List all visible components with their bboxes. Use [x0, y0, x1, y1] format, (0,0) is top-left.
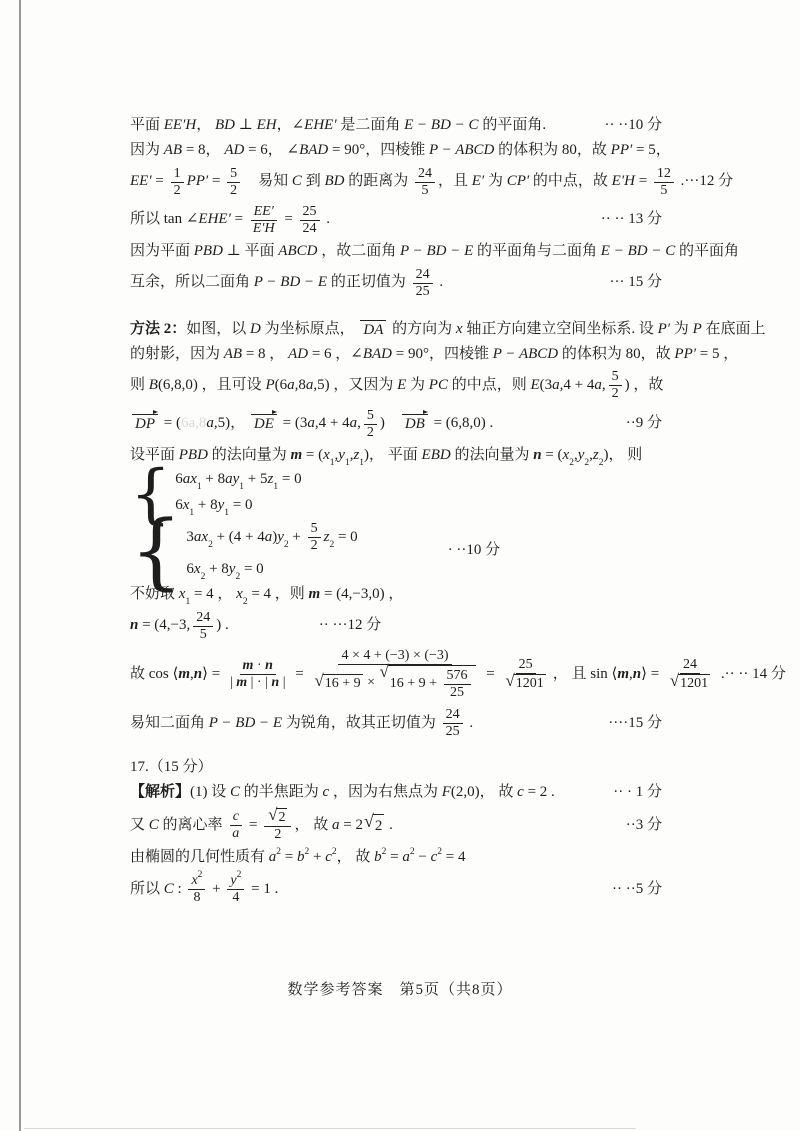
- math-variable: x2: [191, 873, 202, 889]
- math-text: 到: [302, 171, 325, 193]
- fraction-numerator: c: [230, 809, 242, 826]
- math-variable: EE′H: [164, 115, 196, 137]
- math-text: 25: [450, 685, 464, 701]
- sol16-system-1: {6ax1 + 8ay1 + 5z1 = 06x1 + 8y1 = 0: [130, 469, 662, 517]
- fraction-numerator: 4 × 4 + (−3) × (−3): [338, 648, 451, 665]
- math-text: ⟩ =: [202, 664, 224, 686]
- math-text: + 8: [205, 559, 228, 581]
- math-variable: a: [350, 413, 358, 435]
- math-text: = 6 ，∠: [308, 344, 363, 366]
- math-text: 的方向为: [388, 319, 456, 341]
- math-text: +: [289, 527, 305, 549]
- math-text: = 2: [340, 815, 363, 837]
- math-variable: ABCD: [278, 241, 317, 263]
- math-variable: z1: [268, 469, 279, 491]
- math-text: 5: [612, 369, 619, 385]
- math-variable: E − BD − C: [601, 241, 675, 263]
- math-text: ⊥ 平面: [223, 241, 278, 263]
- fraction-denominator: E′H: [250, 221, 278, 237]
- math-fraction: 52: [609, 369, 622, 402]
- math-text: =: [281, 209, 297, 231]
- math-fraction: 57625: [444, 668, 471, 701]
- math-vector-name: n: [194, 664, 202, 686]
- math-text: 是二面角: [337, 115, 405, 137]
- score-marker: ·· ·· 14 分: [725, 664, 786, 686]
- math-variable: BAD: [363, 344, 392, 366]
- math-fraction: 125: [654, 166, 674, 199]
- line-body: 所以 tan ∠EHE′ = EE′E′H = 2524 .: [130, 203, 330, 238]
- line-body: 则 B(6,8,0) ，且可设 P(6a,8a,5) ，又因为 E 为 PC 的…: [130, 368, 663, 403]
- math-variable: PC: [429, 375, 448, 397]
- sol16-choose-values: 不妨取 x1 = 4 ， x2 = 4 ，则 m = (4,−3,0) ，: [130, 584, 662, 606]
- math-fraction: x28: [188, 873, 205, 906]
- math-text: +: [208, 879, 224, 901]
- math-variable: P − BD − E: [209, 713, 282, 735]
- subscript: 1: [189, 508, 194, 518]
- math-text: = 8 ，: [242, 344, 288, 366]
- sol17-ellipse-equation: 所以 C : x28 + y24 = 1 .·· ··5 分: [130, 872, 662, 907]
- score-marker: ····15 分: [608, 713, 662, 735]
- math-variable: a: [552, 375, 560, 397]
- math-variable: P − BD − E: [254, 272, 327, 294]
- radicand: 16 + 9 + 57625: [388, 665, 476, 702]
- math-text: = (: [302, 445, 323, 467]
- superscript: 2: [198, 870, 203, 880]
- math-text: 又: [130, 815, 149, 837]
- math-variable: C: [230, 782, 240, 804]
- math-variable: PBD: [194, 241, 223, 263]
- sol17-eccentricity: 又 C 的离心率 ca = √22， 故 a = 2√2 .··3 分: [130, 807, 662, 845]
- math-text: 的法向量为: [208, 445, 291, 467]
- subscript: 2: [599, 458, 604, 468]
- math-text: 为锐角，故其正切值为: [282, 713, 440, 735]
- math-text: 的中点，则: [448, 375, 531, 397]
- math-text: 故 cos ⟨: [130, 664, 178, 686]
- math-fraction: 25√1201: [502, 657, 550, 693]
- radical-sign: √: [380, 663, 389, 681]
- math-text: 4: [232, 890, 239, 906]
- math-text: = 6， ∠: [244, 140, 299, 162]
- math-text: .: [466, 713, 474, 735]
- line-body: 方法 2：如图，以 D 为坐标原点， DA 的方向为 x 轴正方向建立空间坐标系…: [130, 319, 766, 341]
- math-text: = 4: [442, 847, 465, 869]
- radicand: 1201: [514, 674, 546, 692]
- fraction-denominator: a: [229, 826, 242, 842]
- sol16-system-2: {3ax2 + (4 + 4a)y2 + 52z2 = 06x2 + 8y2 =…: [130, 520, 662, 581]
- score-marker: ·· ··5 分: [612, 879, 662, 901]
- sol16-normal-vectors: 设平面 PBD 的法向量为 m = (x1,y1,z1)， 平面 EBD 的法向…: [130, 445, 662, 467]
- math-variable: b2: [297, 847, 309, 869]
- math-text: 17.（15 分）: [130, 757, 213, 779]
- math-fraction: ca: [229, 809, 242, 842]
- math-text: 的距离为: [344, 171, 412, 193]
- math-text: = 5，: [632, 140, 670, 162]
- system-row: 6x1 + 8y1 = 0: [175, 495, 252, 517]
- math-variable: E′: [472, 171, 484, 193]
- math-text: 的中点，故: [529, 171, 612, 193]
- radical-sign: √: [315, 672, 324, 690]
- math-variable: PP′: [611, 140, 633, 162]
- math-text: .: [385, 815, 393, 837]
- math-text-strong: 方法 2：: [130, 319, 186, 341]
- math-text: 16 + 9 +: [390, 676, 441, 692]
- line-body: 的射影，因为 AB = 8 ， AD = 6 ，∠BAD = 90°，四棱锥 P…: [130, 344, 738, 366]
- math-variable: BD: [324, 171, 344, 193]
- math-text: + 8: [202, 469, 225, 491]
- math-text: = 0: [229, 495, 252, 517]
- math-text: 如图，以: [186, 319, 250, 341]
- line-body: 由椭圆的几何性质有 a2 = b2 + c2， 故 b2 = a2 − c2 =…: [130, 847, 465, 869]
- math-vector-name: m: [178, 664, 190, 686]
- fraction-denominator: 4: [229, 890, 242, 906]
- superscript: 2: [332, 847, 337, 857]
- math-text: 则: [130, 375, 149, 397]
- math-variable: AB: [224, 344, 242, 366]
- math-text: 2: [174, 183, 181, 199]
- math-variable: a2: [402, 847, 414, 869]
- math-text: 为: [484, 171, 507, 193]
- line-body: 平面 EE′H， BD ⊥ EH，∠EHE′ 是二面角 E − BD − C 的…: [130, 115, 546, 137]
- math-variable: EHE′: [198, 209, 230, 231]
- subscript: 1: [185, 597, 190, 607]
- line-body: 【解析】(1) 设 C 的半焦距为 c ，因为右焦点为 F(2,0)， 故 c …: [130, 782, 555, 804]
- radical-sign: √: [506, 672, 515, 690]
- math-variable: c: [323, 782, 330, 804]
- fraction-numerator: 5: [227, 166, 240, 183]
- math-variable: x2: [201, 527, 212, 549]
- line-body: 因为 AB = 8， AD = 6， ∠BAD = 90°，四棱锥 P − AB…: [130, 140, 671, 162]
- math-variable: c: [517, 782, 524, 804]
- sol16-n-vector: n = (4,−3,245) .·· ···12 分: [130, 609, 662, 644]
- fraction-numerator: 24: [413, 267, 433, 284]
- math-variable: E′H: [253, 221, 275, 237]
- line-body: 故 cos ⟨m,n⟩ = m · n| m | · | n | = 4 × 4…: [130, 647, 725, 703]
- math-text-strong: 【解析】: [130, 782, 190, 804]
- line-body: 易知二面角 P − BD − E 为锐角，故其正切值为 2425 .: [130, 706, 473, 741]
- math-text: 轴正方向建立空间坐标系. 设: [463, 319, 658, 341]
- fraction-denominator: 2: [271, 827, 284, 843]
- subscript: 2: [243, 597, 248, 607]
- math-variable: BAD: [299, 140, 328, 162]
- math-radical: √2: [364, 814, 384, 838]
- math-text: 易知二面角: [130, 713, 209, 735]
- superscript: 2: [237, 870, 242, 880]
- math-vector-arrow: DB: [402, 414, 428, 433]
- math-variable: z2: [593, 445, 604, 467]
- fraction-numerator: 5: [364, 408, 377, 425]
- radicand: 2: [276, 808, 287, 826]
- math-text: ,8: [295, 375, 306, 397]
- math-fraction: 2425: [413, 267, 433, 300]
- math-text: = 1 .: [247, 879, 278, 901]
- math-vector-arrow: DP: [132, 414, 158, 433]
- system-rows: 3ax2 + (4 + 4a)y2 + 52z2 = 06x2 + 8y2 = …: [186, 520, 357, 581]
- math-text: =: [292, 664, 308, 686]
- math-text: 6: [175, 469, 183, 491]
- math-text: (3: [540, 375, 553, 397]
- math-variable: B: [149, 375, 158, 397]
- math-text: 24: [446, 707, 460, 723]
- math-variable: a: [287, 375, 295, 397]
- score-marker: ··· 15 分: [610, 272, 663, 294]
- math-text: ) ，故: [625, 375, 664, 397]
- math-text: 在底面上: [702, 319, 766, 341]
- sol17-focal-distance: 【解析】(1) 设 C 的半焦距为 c ，因为右焦点为 F(2,0)， 故 c …: [130, 782, 662, 804]
- math-text: =: [281, 847, 297, 869]
- math-text: 所以 tan ∠: [130, 209, 198, 231]
- system-row: 3ax2 + (4 + 4a)y2 + 52z2 = 0: [186, 520, 357, 555]
- math-variable: EE′: [254, 204, 274, 220]
- math-text: 8: [193, 890, 200, 906]
- math-variable: c: [233, 809, 239, 825]
- radicand: 2: [373, 814, 385, 838]
- line-body: EE′ = 12PP′ = 52 易知 C 到 BD 的距离为 245，且 E′…: [130, 165, 684, 200]
- math-variable: EHE′: [304, 115, 336, 137]
- score-marker: ·· ···12 分: [319, 615, 381, 637]
- superscript: 2: [437, 847, 442, 857]
- math-text: = (: [542, 445, 563, 467]
- math-text: )， 平面: [364, 445, 422, 467]
- math-radical: √16 + 9 + 57625: [380, 665, 476, 702]
- math-text: =: [152, 171, 168, 193]
- math-text: 的体积为 80，故: [494, 140, 610, 162]
- math-variable: a: [594, 375, 602, 397]
- math-fraction: 245: [193, 610, 213, 643]
- math-text: 由椭圆的几何性质有: [130, 847, 269, 869]
- math-text: 24: [196, 610, 210, 626]
- math-text: ,4 + 4: [315, 413, 350, 435]
- score-marker: ·· ·· 13 分: [601, 209, 662, 231]
- sol16-method2-setup: 方法 2：如图，以 D 为坐标原点， DA 的方向为 x 轴正方向建立空间坐标系…: [130, 319, 662, 341]
- math-text: 2: [612, 386, 619, 402]
- math-variable: C: [292, 171, 302, 193]
- line-body: 17.（15 分）: [130, 757, 213, 779]
- math-text: 因为: [130, 140, 164, 162]
- math-variable: AD: [288, 344, 308, 366]
- math-text: 2: [311, 538, 318, 554]
- math-fraction: 2425: [443, 707, 463, 740]
- math-text: ， 故: [294, 815, 332, 837]
- math-text: = 90°，四棱锥: [392, 344, 493, 366]
- math-variable: x1: [323, 445, 334, 467]
- math-variable: AB: [164, 140, 182, 162]
- math-variable: b2: [374, 847, 386, 869]
- math-text: = 4 ，: [190, 584, 236, 606]
- math-fraction: 52: [308, 521, 321, 554]
- solution-content: 平面 EE′H， BD ⊥ EH，∠EHE′ 是二面角 E − BD − C 的…: [130, 112, 662, 910]
- math-text: 的离心率: [159, 815, 227, 837]
- fraction-numerator: m · n: [240, 658, 276, 675]
- math-fraction: 24√1201: [666, 657, 714, 693]
- math-text: 576: [447, 668, 468, 684]
- math-text: ) .: [216, 615, 229, 637]
- math-text: |: [279, 675, 285, 691]
- sol16-answer-tangent: 互余，所以二面角 P − BD − E 的正切值为 2425 .··· 15 分: [130, 266, 662, 301]
- math-text: = 0: [334, 527, 357, 549]
- math-text: ,: [602, 375, 606, 397]
- math-vector-name: n: [271, 675, 279, 691]
- score-marker: · ··10 分: [448, 540, 501, 562]
- math-variable: a: [265, 527, 273, 549]
- math-text: )， 则: [603, 445, 642, 467]
- math-variable: y1: [338, 445, 349, 467]
- fraction-denominator: 25: [443, 724, 463, 740]
- math-text: ，: [196, 115, 215, 137]
- fraction-denominator: 2: [171, 183, 184, 199]
- math-text: (2,0)， 故: [451, 782, 517, 804]
- math-variable: x2: [194, 559, 205, 581]
- math-vector-name: m: [236, 675, 247, 691]
- math-variable: CP′: [507, 171, 529, 193]
- fraction-denominator: 2: [227, 183, 240, 199]
- fraction-denominator: 5: [197, 627, 210, 643]
- math-fraction: EE′E′H: [250, 204, 278, 237]
- math-text: 25: [446, 724, 460, 740]
- math-text: ⟩ =: [641, 664, 663, 686]
- radical-sign: √: [268, 806, 277, 824]
- math-text: 5: [421, 183, 428, 199]
- fraction-denominator: 8: [190, 890, 203, 906]
- line-body: 因为平面 PBD ⊥ 平面 ABCD ，故二面角 P − BD − E 的平面角…: [130, 241, 739, 263]
- math-variable: y2: [229, 559, 240, 581]
- math-text: = 4 ，则: [248, 584, 309, 606]
- math-text: ×: [364, 675, 379, 691]
- subscript: 2: [584, 458, 589, 468]
- math-text: 25: [416, 284, 430, 300]
- math-variable: x1: [190, 469, 201, 491]
- math-text: 5: [367, 408, 374, 424]
- math-vector-arrow: DE: [251, 414, 277, 433]
- fraction-denominator: 5: [418, 183, 431, 199]
- math-text: 2: [230, 183, 237, 199]
- math-text: 的射影，因为: [130, 344, 224, 366]
- math-text: =: [386, 847, 402, 869]
- fraction-denominator: √16 + 9 × √16 + 9 + 57625: [311, 665, 480, 702]
- math-variable: a: [225, 469, 233, 491]
- math-variable: y2: [277, 527, 288, 549]
- fraction-denominator: 2: [308, 538, 321, 554]
- answer-sheet-page: 平面 EE′H， BD ⊥ EH，∠EHE′ 是二面角 E − BD − C 的…: [0, 0, 800, 1131]
- math-text: .: [677, 171, 685, 193]
- math-text: 6: [186, 559, 194, 581]
- math-vector-name: n: [533, 445, 541, 467]
- fraction-numerator: 1: [171, 166, 184, 183]
- math-text: ， 故: [337, 847, 375, 869]
- math-text: ,4 + 4: [560, 375, 595, 397]
- math-text: = (6,8,0) .: [430, 413, 493, 435]
- math-text: 25: [519, 657, 533, 673]
- math-variable: PP′: [674, 344, 696, 366]
- math-variable: PBD: [179, 445, 208, 467]
- math-text: = 90°，四棱锥: [328, 140, 429, 162]
- math-radical: √2: [268, 808, 287, 826]
- math-text: .: [323, 209, 331, 231]
- fraction-numerator: 576: [444, 668, 471, 685]
- subscript: 1: [239, 482, 244, 492]
- math-text: 的正切值为: [327, 272, 410, 294]
- math-text: 12: [657, 166, 671, 182]
- line-body: {3ax2 + (4 + 4a)y2 + 52z2 = 06x2 + 8y2 =…: [130, 520, 358, 581]
- line-body: DP = (6a,8a,5)， DE = (3a,4 + 4a,52) DB =…: [130, 407, 493, 442]
- math-variable: D: [250, 319, 261, 341]
- math-text: 平面: [130, 115, 164, 137]
- radical-sign: √: [364, 812, 374, 832]
- subscript: 1: [330, 458, 335, 468]
- fraction-numerator: 12: [654, 166, 674, 183]
- math-fraction: 4 × 4 + (−3) × (−3)√16 + 9 × √16 + 9 + 5…: [311, 648, 480, 702]
- math-variable: PP′: [187, 171, 209, 193]
- line-body: 所以 C : x28 + y24 = 1 .: [130, 872, 278, 907]
- fraction-denominator: 25: [413, 284, 433, 300]
- math-radical: √16 + 9: [315, 674, 363, 692]
- score-marker: ··3 分: [626, 815, 662, 837]
- math-text: 2: [278, 810, 285, 826]
- subscript: 1: [197, 482, 202, 492]
- math-text: 24: [683, 657, 697, 673]
- fraction-denominator: 2: [364, 425, 377, 441]
- problem17-header: 17.（15 分）: [130, 757, 662, 779]
- math-variable: F: [442, 782, 451, 804]
- math-text: ·: [253, 658, 265, 674]
- math-text: +: [309, 847, 325, 869]
- sol16-vectors: DP = (6a,8a,5)， DE = (3a,4 + 4a,52) DB =…: [130, 407, 662, 442]
- math-variable: P − BD − E: [400, 241, 473, 263]
- fraction-numerator: 5: [308, 521, 321, 538]
- math-variable: C: [164, 879, 174, 901]
- radicand: 1201: [678, 674, 710, 692]
- system-row: 6ax1 + 8ay1 + 5z1 = 0: [175, 469, 301, 491]
- math-variable: E − BD − C: [404, 115, 478, 137]
- math-text: = (3: [279, 413, 307, 435]
- math-text: = 0: [240, 559, 263, 581]
- math-variable: a: [206, 413, 214, 435]
- math-variable: EH: [257, 115, 277, 137]
- math-text: 的体积为 80，故: [558, 344, 674, 366]
- math-text: 3: [186, 527, 194, 549]
- math-text-faded: 6a,8: [181, 413, 206, 435]
- math-text: = 8，: [182, 140, 224, 162]
- math-variable: x: [456, 319, 463, 341]
- math-fraction: 12: [171, 166, 184, 199]
- math-text: 因为平面: [130, 241, 194, 263]
- sol16-cosine-formula: 故 cos ⟨m,n⟩ = m · n| m | · | n | = 4 × 4…: [130, 647, 662, 703]
- math-text: 为: [670, 319, 693, 341]
- math-text: 所以: [130, 879, 164, 901]
- math-text: = (4,−3,: [138, 615, 190, 637]
- fraction-numerator: 24: [680, 657, 700, 674]
- math-text: =: [483, 664, 499, 686]
- math-variable: a: [306, 375, 314, 397]
- scan-artifact-left-line: [19, 0, 21, 1131]
- math-text: 4 × 4 + (−3) × (−3): [341, 648, 448, 664]
- math-text: −: [415, 847, 431, 869]
- math-vector-name: n: [633, 664, 641, 686]
- math-variable: x2: [236, 584, 247, 606]
- math-text: = 5 ，: [696, 344, 738, 366]
- math-vector-name: m: [290, 445, 302, 467]
- score-marker: ·· · 1 分: [613, 782, 662, 804]
- system-rows: 6ax1 + 8ay1 + 5z1 = 06x1 + 8y1 = 0: [175, 469, 301, 517]
- math-variable: E′H: [612, 171, 635, 193]
- sol16-coordinates: 则 B(6,8,0) ，且可设 P(6a,8a,5) ，又因为 E 为 PC 的…: [130, 368, 662, 403]
- math-fraction: 52: [227, 166, 240, 199]
- fraction-numerator: y2: [227, 873, 244, 890]
- math-variable: C: [149, 815, 159, 837]
- sol16-final-answer: 易知二面角 P − BD − E 为锐角，故其正切值为 2425 .····15…: [130, 706, 662, 741]
- superscript: 2: [276, 847, 281, 857]
- math-radical: √1201: [670, 674, 710, 692]
- subscript: 2: [284, 540, 289, 550]
